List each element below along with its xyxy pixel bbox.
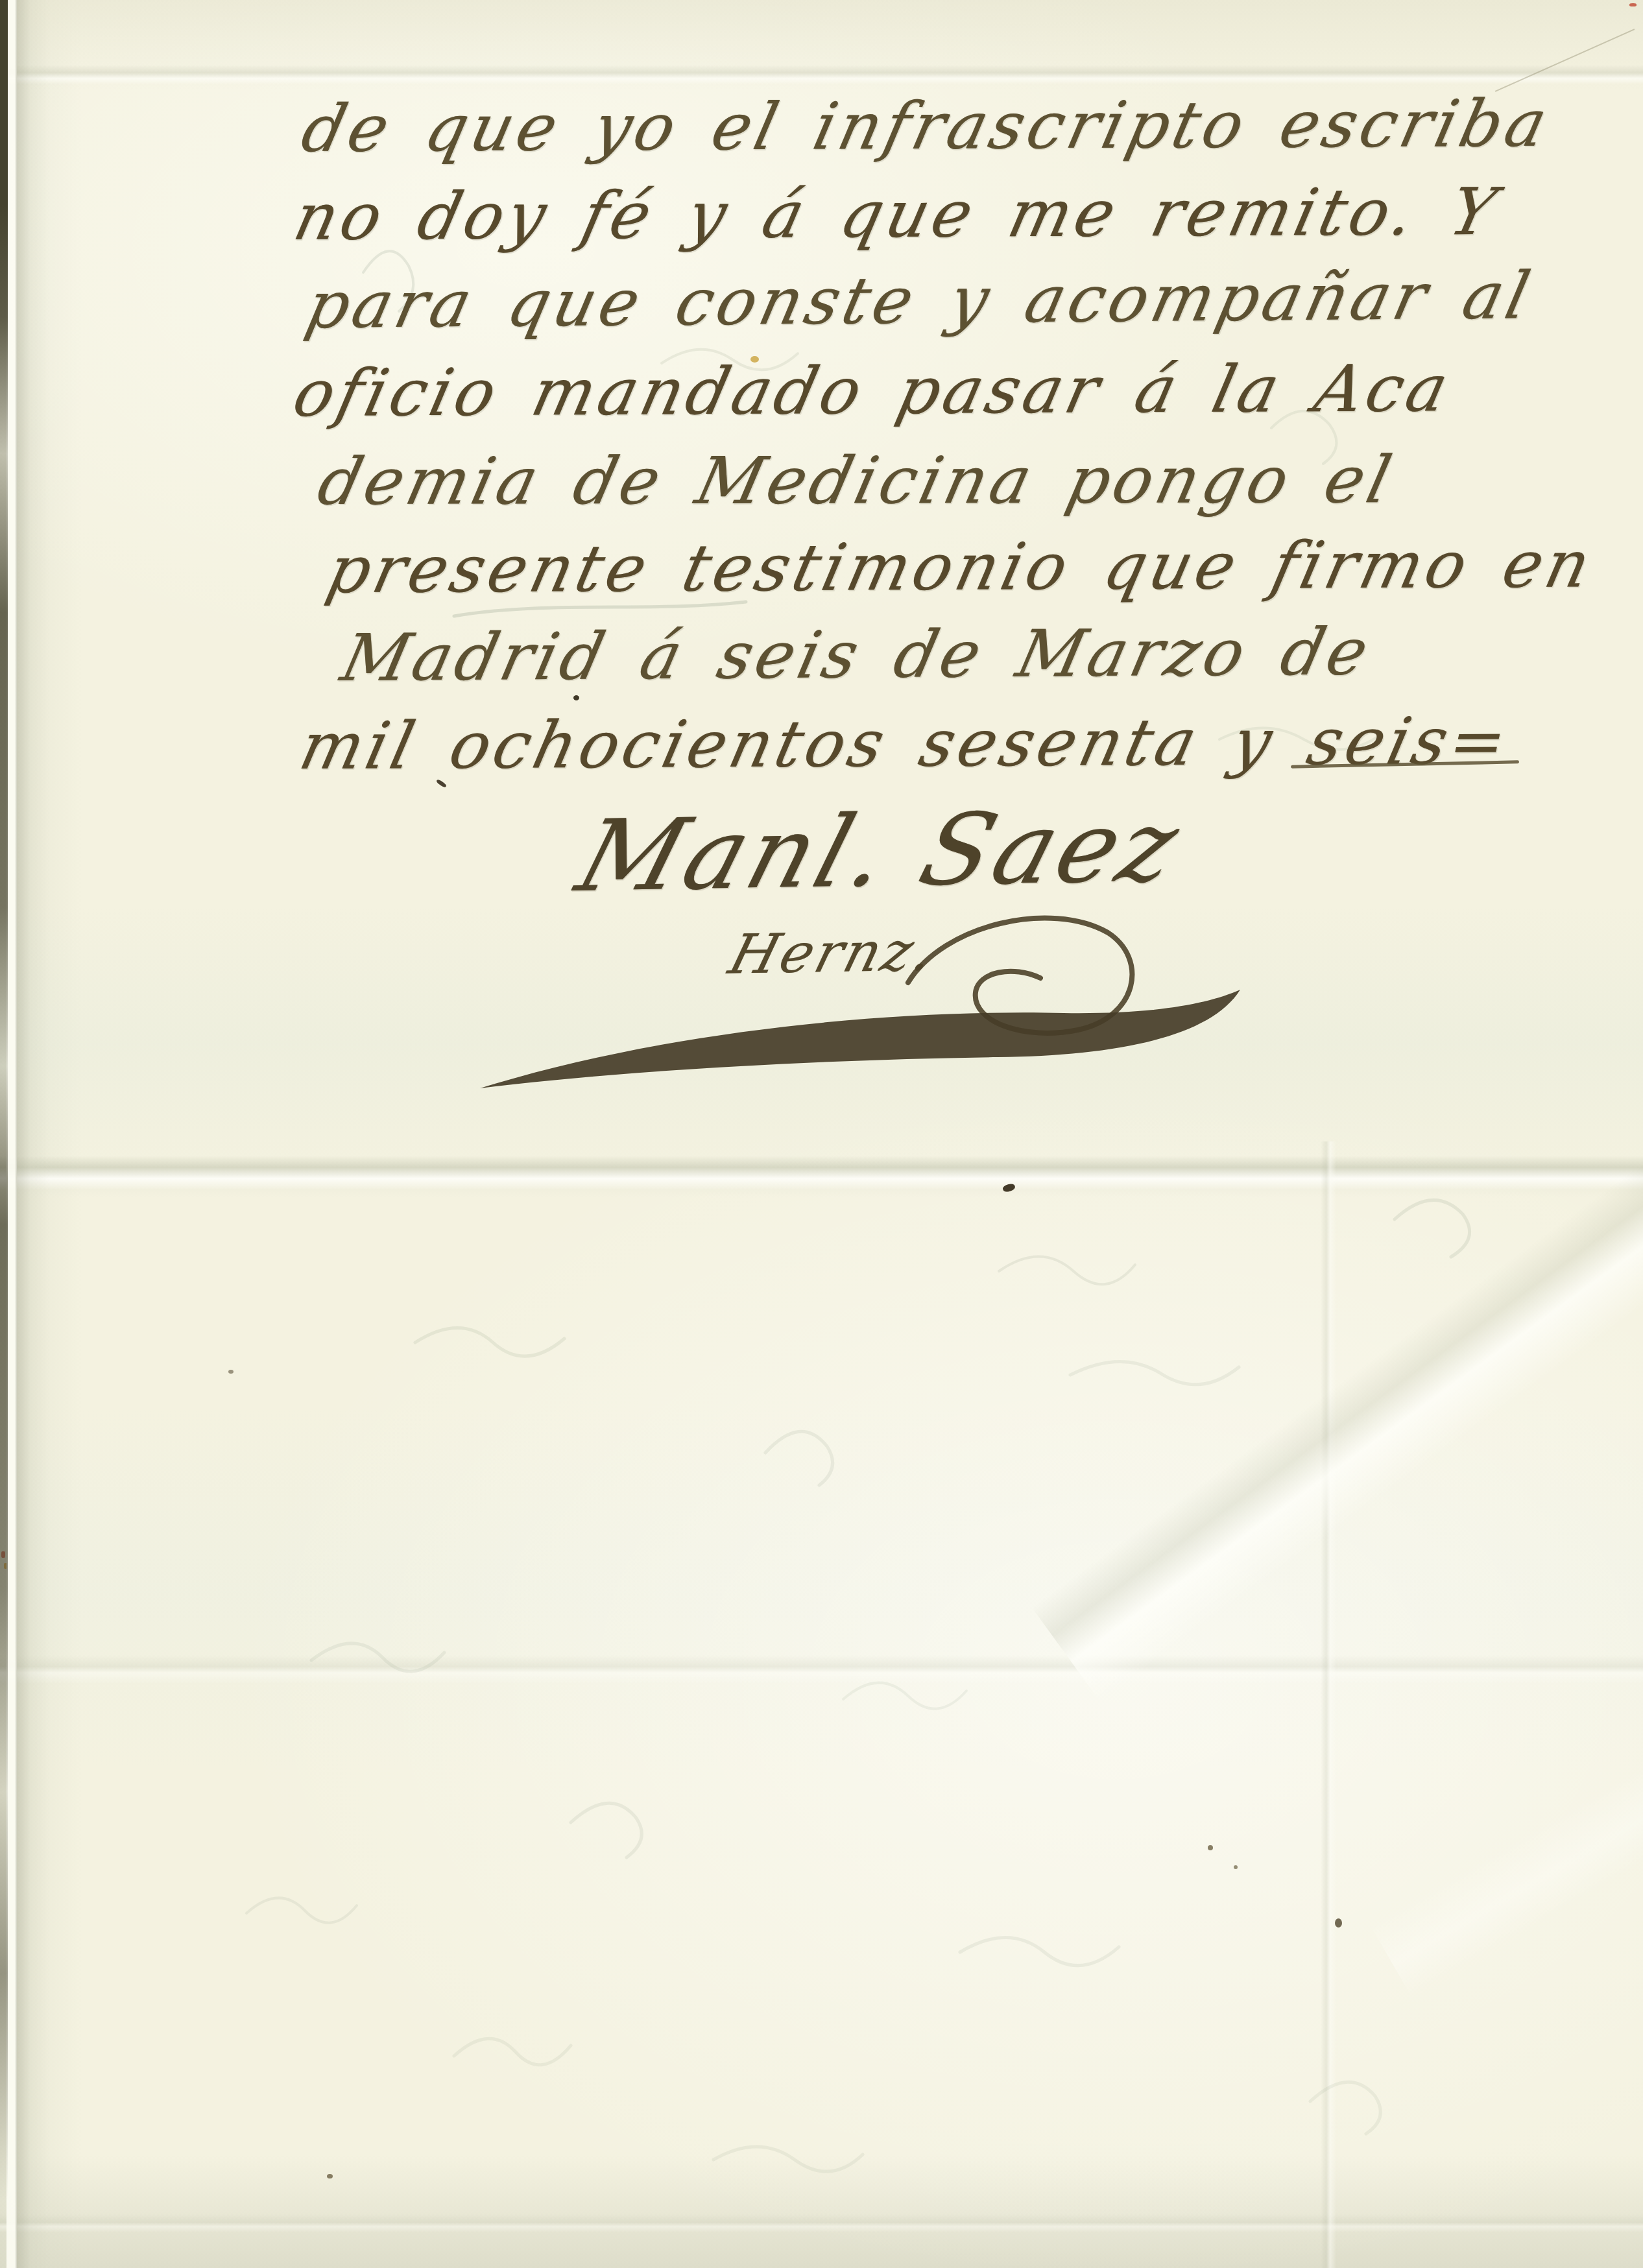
bleed-mark [246,1898,357,1922]
ink-speck [327,2174,333,2178]
fold-crease-top [0,65,1643,84]
fold-crease-middle [0,1156,1643,1197]
bleed-mark [843,1683,966,1709]
manuscript-line: de que yo el infrascripto escriba [295,86,1557,167]
manuscript-line: Madrid á seis de Marzo de [335,614,1379,696]
fold-crease-lower [0,1655,1643,1684]
deckle-edge-shadow [16,0,49,2268]
bleed-mark [765,1431,833,1485]
scan-artifact-speck [1629,3,1637,6]
bleed-mark [999,1257,1135,1285]
bleed-mark [1070,1361,1239,1384]
manuscript-line: oficio mandado pasar á la Aca [287,350,1459,431]
ink-speck [750,356,759,363]
manuscript-line: no doy fé y á que me remito. Y [287,174,1507,255]
bleed-mark [1395,1200,1470,1257]
ink-speck [573,695,579,700]
bleed-mark [415,1328,564,1357]
manuscript-line: presente testimonio que firmo en [320,527,1601,608]
bleed-mark [571,1803,642,1857]
signature-underline-flourish [480,990,1240,1088]
vertical-crease [1321,1141,1336,2268]
manuscript-line: demia de Medicina pongo el [311,442,1402,519]
ink-speck [228,1370,234,1374]
signature-flourish [389,895,1362,1109]
ink-speck [1335,1918,1342,1928]
scan-page: de que yo el infrascripto escriba no doy… [0,0,1643,2268]
ink-speck [1208,1845,1213,1850]
diagonal-crease [1031,1035,1643,1701]
manuscript-line: para que conste y acompañar al [300,257,1541,343]
bleed-mark [960,1938,1119,1966]
fold-crease-bottom [0,2214,1643,2232]
bleed-mark [714,2147,863,2171]
manuscript-line: mil ochocientos sesenta y seis= [293,703,1518,784]
ink-speck [1234,1865,1238,1869]
scanner-edge-strip [0,0,8,2268]
bleed-mark [454,2038,571,2064]
